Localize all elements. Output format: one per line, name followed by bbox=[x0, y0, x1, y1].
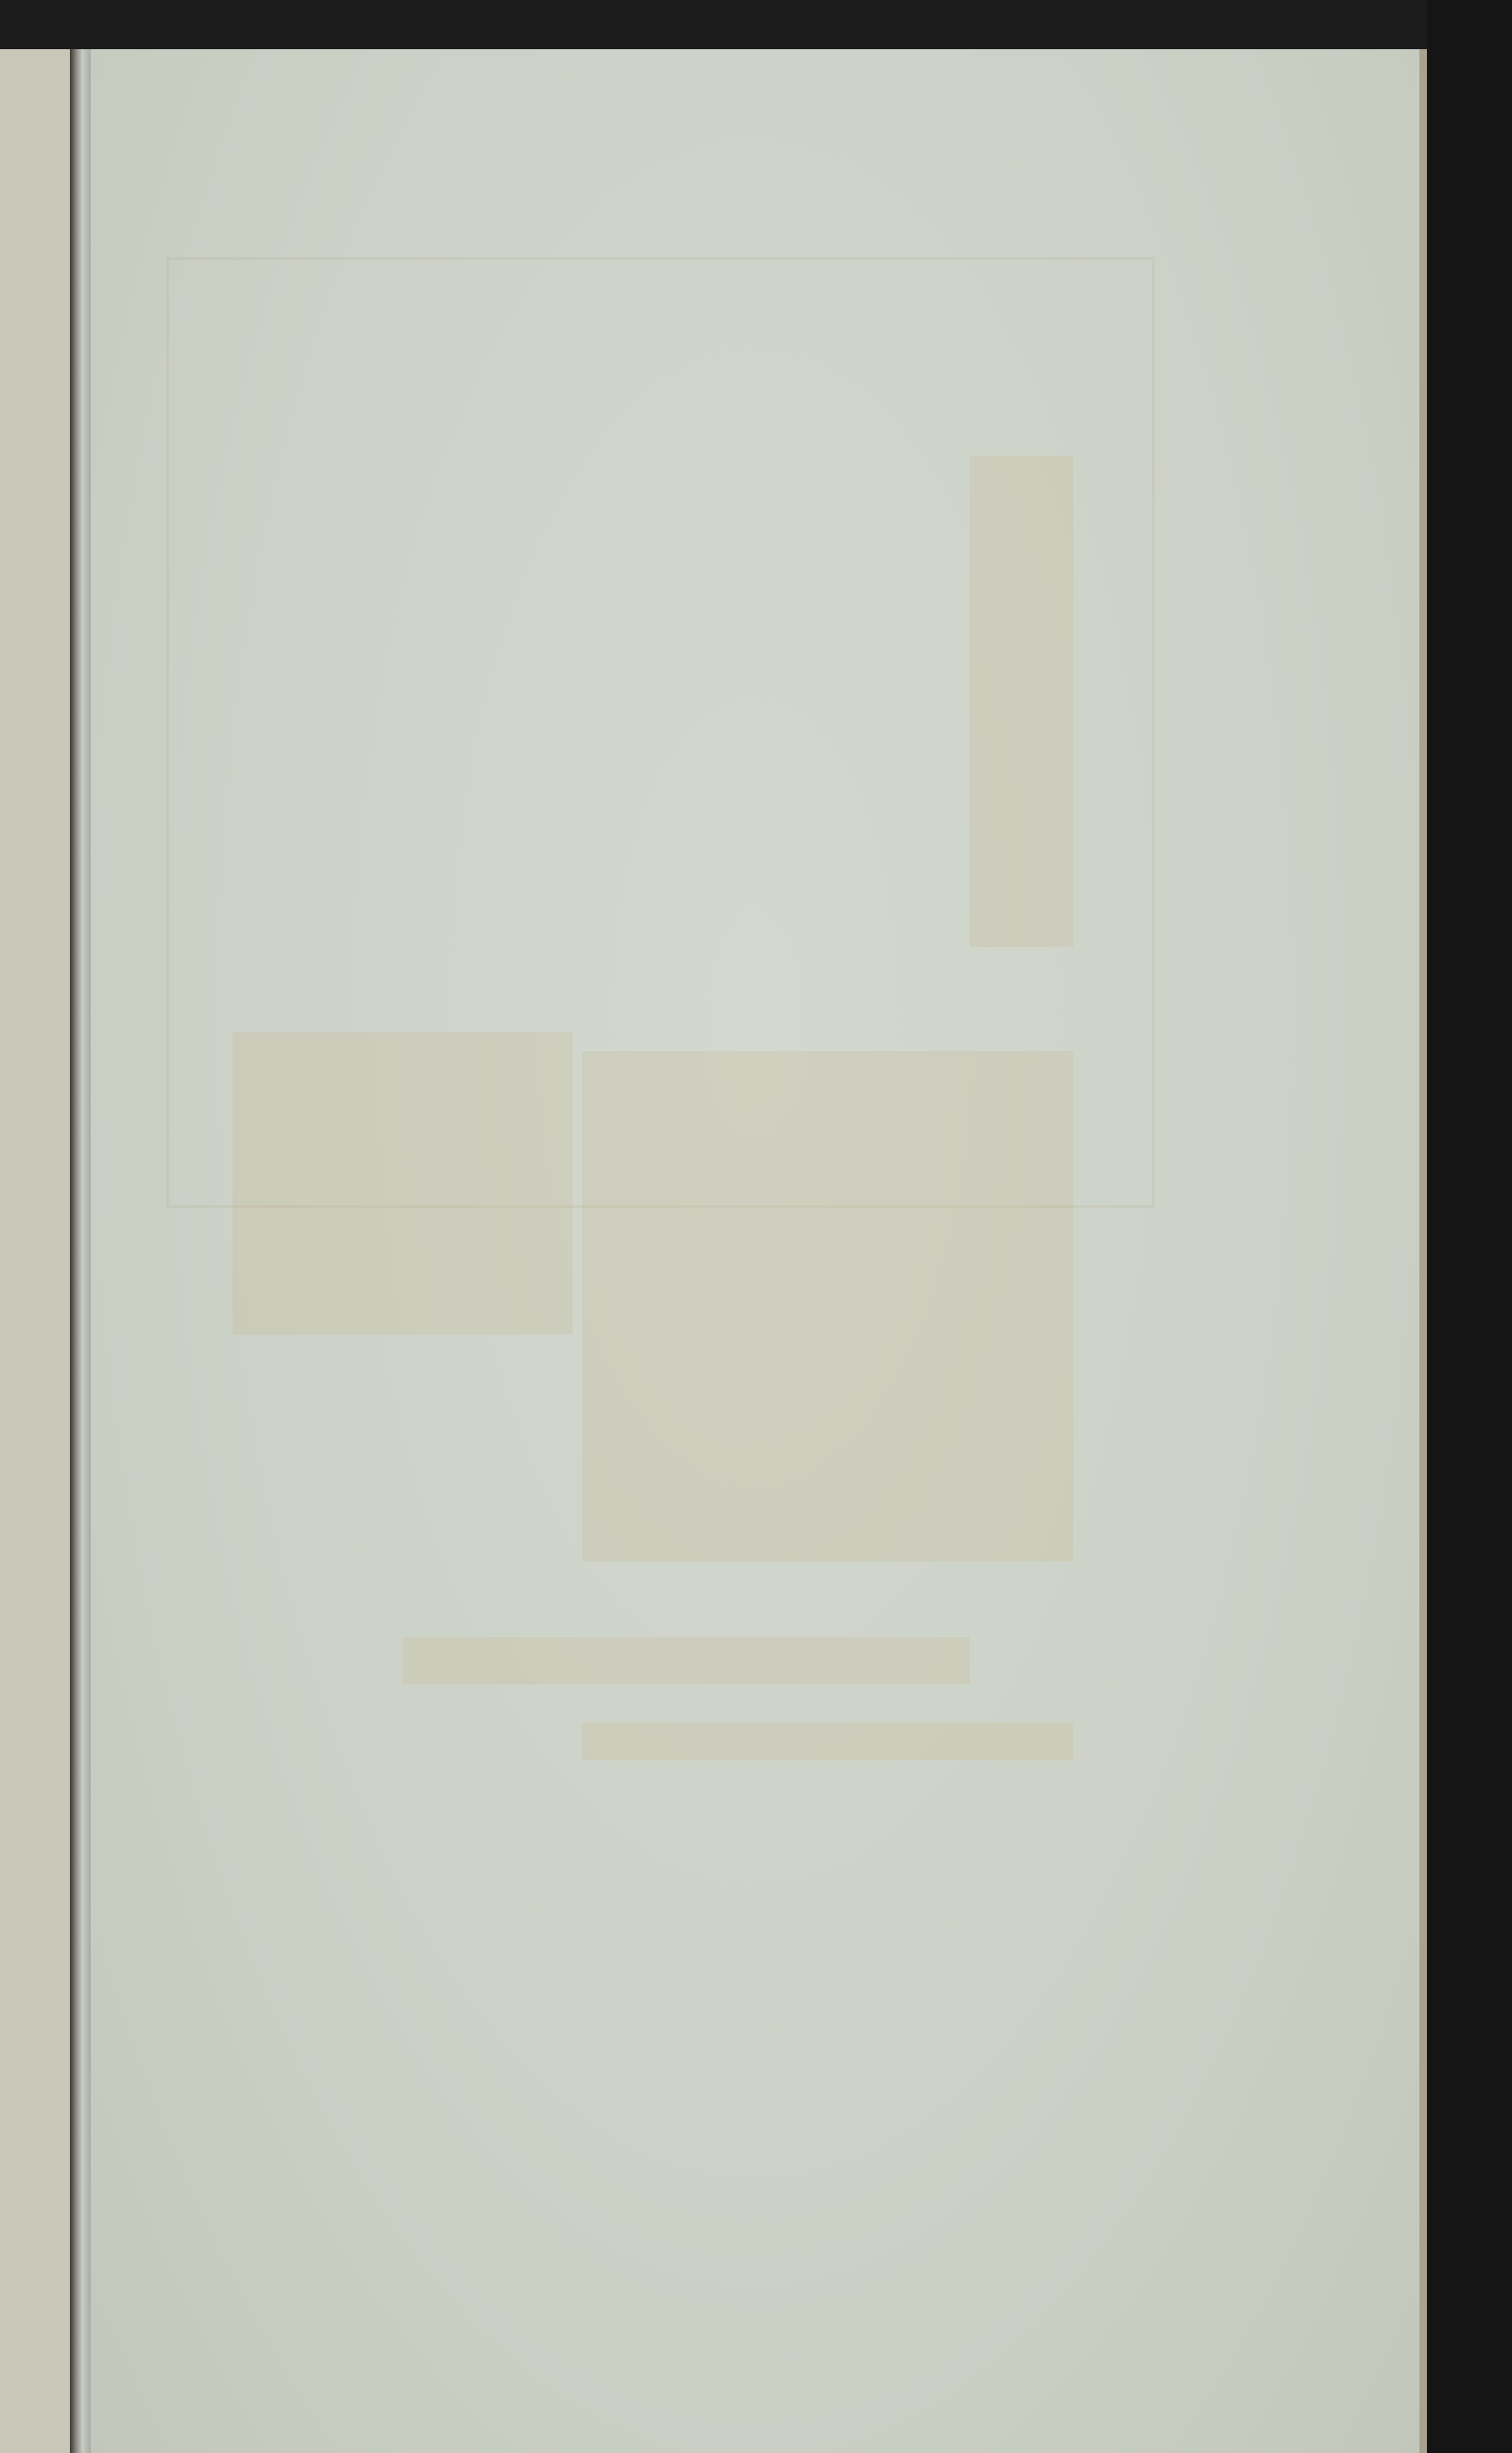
bleed-through-line bbox=[582, 1722, 1074, 1760]
bleed-through-line bbox=[403, 1637, 970, 1684]
page-edge bbox=[1419, 49, 1427, 2453]
blank-page bbox=[91, 49, 1419, 2453]
previous-page-edge bbox=[0, 49, 70, 2453]
bleed-through-block bbox=[582, 1051, 1074, 1562]
bleed-through-block bbox=[232, 1032, 573, 1335]
book-gutter bbox=[70, 49, 91, 2453]
scan-background bbox=[1427, 0, 1512, 2453]
bleed-through-block bbox=[970, 456, 1074, 947]
